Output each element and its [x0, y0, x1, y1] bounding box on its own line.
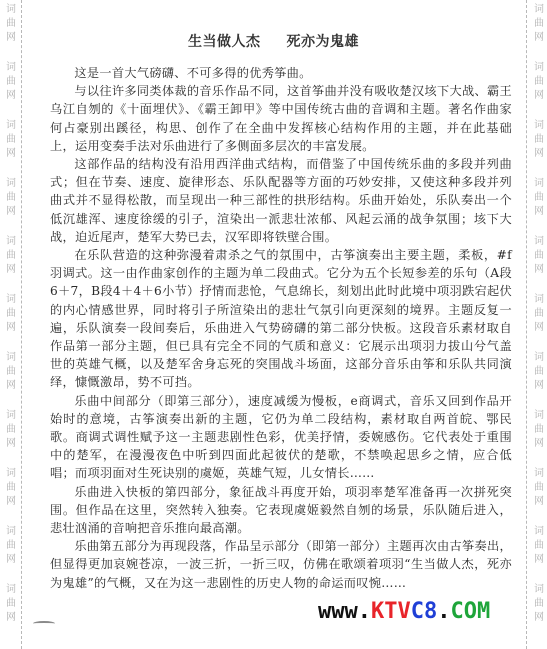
right-margin-divider [526, 0, 527, 649]
watermark-char: 曲 [531, 307, 547, 321]
article-title: 生当做人杰死亦为鬼雄 [0, 31, 547, 51]
watermark-char: 词 [531, 235, 547, 249]
watermark-group: 词曲网 [531, 293, 547, 335]
watermark-www: www [318, 599, 358, 624]
watermark-char: 网 [3, 437, 19, 451]
watermark-char: 网 [3, 205, 19, 219]
watermark-char: 曲 [3, 307, 19, 321]
watermark-char: 词 [531, 467, 547, 481]
watermark-char: 词 [3, 525, 19, 539]
watermark-char: 词 [531, 3, 547, 17]
watermark-char: 曲 [3, 249, 19, 263]
watermark-group: 词曲网 [531, 177, 547, 219]
watermark-char: 词 [531, 293, 547, 307]
watermark-char: 网 [531, 147, 547, 161]
watermark-ktv: KTV [371, 599, 411, 624]
paragraph-structure: 这部作品的结构没有沿用西洋曲式结构，而借鉴了中国传统乐曲的多段并列曲式；但在节奏… [50, 155, 512, 246]
watermark-char: 网 [3, 611, 19, 625]
watermark-char: 词 [531, 409, 547, 423]
watermark-char: 曲 [3, 539, 19, 553]
watermark-char: 网 [531, 495, 547, 509]
watermark-group: 词曲网 [3, 583, 19, 625]
watermark-char: 曲 [531, 539, 547, 553]
watermark-char: 曲 [3, 75, 19, 89]
watermark-char: 网 [531, 553, 547, 567]
watermark-char: 网 [531, 321, 547, 335]
paragraph-background: 与以往许多同类体裁的音乐作品不同，这首筝曲并没有吸收楚汉垓下大战、霸王乌江自刎的… [50, 82, 512, 155]
watermark-char: 词 [3, 119, 19, 133]
paragraph-intro: 这是一首大气磅礴、不可多得的优秀筝曲。 [50, 64, 512, 82]
watermark-group: 词曲网 [3, 351, 19, 393]
watermark-char: 网 [531, 379, 547, 393]
watermark-char: 网 [3, 89, 19, 103]
watermark-char: 词 [531, 351, 547, 365]
watermark-char: 曲 [3, 597, 19, 611]
watermark-c8: C8 [411, 599, 438, 624]
watermark-char: 词 [3, 177, 19, 191]
watermark-char: 词 [3, 293, 19, 307]
watermark-group: 词曲网 [531, 119, 547, 161]
watermark-char: 曲 [3, 191, 19, 205]
watermark-char: 词 [531, 61, 547, 75]
watermark-group: 词曲网 [3, 409, 19, 451]
watermark-char: 曲 [531, 249, 547, 263]
watermark-group: 词曲网 [3, 177, 19, 219]
watermark-char: 词 [531, 177, 547, 191]
watermark-char: 曲 [3, 365, 19, 379]
watermark-char: 网 [531, 437, 547, 451]
title-left: 生当做人杰 [188, 34, 261, 50]
watermark-group: 词曲网 [3, 119, 19, 161]
watermark-char: 曲 [531, 191, 547, 205]
watermark-group: 词曲网 [531, 351, 547, 393]
article-body: 这是一首大气磅礴、不可多得的优秀筝曲。 与以往许多同类体裁的音乐作品不同，这首筝… [50, 64, 512, 591]
watermark-group: 词曲网 [531, 409, 547, 451]
watermark-char: 网 [3, 553, 19, 567]
watermark-char: 曲 [531, 423, 547, 437]
paragraph-part-three: 乐曲中间部分（即第三部分），速度减缓为慢板，e商调式，音乐又回到作品开始时的意境… [50, 392, 512, 483]
watermark-dot: . [437, 599, 450, 624]
watermark-char: 词 [3, 61, 19, 75]
watermark-char: 网 [531, 611, 547, 625]
watermark-char: 词 [3, 235, 19, 249]
watermark-char: 网 [531, 263, 547, 277]
watermark-group: 词曲网 [531, 583, 547, 625]
watermark-char: 词 [3, 409, 19, 423]
watermark-group: 词曲网 [3, 467, 19, 509]
watermark-char: 曲 [531, 597, 547, 611]
watermark-char: 曲 [3, 17, 19, 31]
watermark-group: 词曲网 [3, 525, 19, 567]
watermark-char: 曲 [531, 75, 547, 89]
watermark-com: COM [451, 599, 491, 624]
watermark-char: 词 [3, 467, 19, 481]
watermark-char: 网 [531, 89, 547, 103]
watermark-group: 词曲网 [3, 235, 19, 277]
paragraph-part-one-two: 在乐队营造的这种弥漫着肃杀之气的氛围中，古筝演奏出主要主题，柔板，#f羽调式。这… [50, 246, 512, 392]
watermark-char: 曲 [3, 481, 19, 495]
watermark-char: 网 [3, 147, 19, 161]
page-curl-mark [33, 621, 55, 626]
watermark-char: 网 [3, 495, 19, 509]
left-margin-divider [21, 0, 22, 649]
watermark-group: 词曲网 [531, 467, 547, 509]
paragraph-part-four: 乐曲进入快板的第四部分，象征战斗再度开始，项羽率楚军准备再一次拼死突围。但作品在… [50, 483, 512, 538]
paragraph-part-five: 乐曲第五部分为再现段落，作品呈示部分（即第一部分）主题再次由古筝奏出，但显得更加… [50, 537, 512, 591]
watermark-char: 曲 [3, 423, 19, 437]
watermark-char: 词 [531, 583, 547, 597]
watermark-group: 词曲网 [531, 61, 547, 103]
watermark-char: 曲 [531, 17, 547, 31]
watermark-char: 词 [3, 3, 19, 17]
watermark-char: 网 [3, 321, 19, 335]
title-right: 死亦为鬼雄 [287, 34, 360, 50]
watermark-char: 曲 [3, 133, 19, 147]
watermark-char: 词 [531, 119, 547, 133]
watermark-char: 曲 [531, 365, 547, 379]
site-watermark: www.KTVC8.COM [318, 598, 490, 626]
watermark-group: 词曲网 [3, 293, 19, 335]
watermark-char: 曲 [531, 481, 547, 495]
watermark-group: 词曲网 [3, 61, 19, 103]
watermark-group: 词曲网 [531, 235, 547, 277]
watermark-char: 网 [3, 379, 19, 393]
watermark-char: 词 [3, 351, 19, 365]
watermark-char: 网 [3, 263, 19, 277]
watermark-group: 词曲网 [531, 525, 547, 567]
watermark-char: 曲 [531, 133, 547, 147]
watermark-dot: . [358, 599, 371, 624]
watermark-char: 词 [531, 525, 547, 539]
watermark-char: 词 [3, 583, 19, 597]
watermark-char: 网 [531, 205, 547, 219]
